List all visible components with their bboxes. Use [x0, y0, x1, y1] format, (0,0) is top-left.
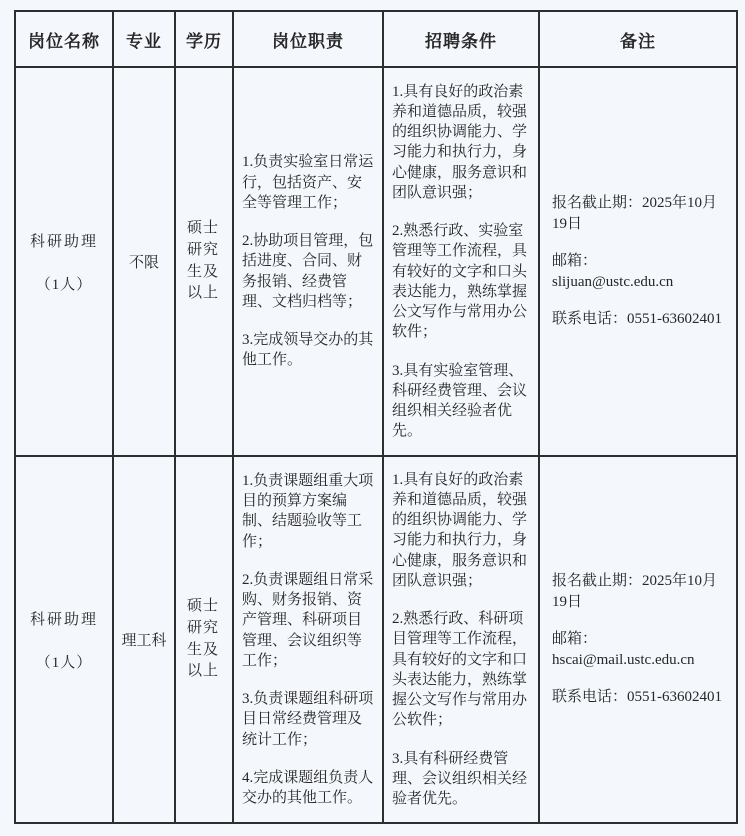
duty-item: 3.负责课题组科研项目日常经费管理及统计工作；: [242, 689, 374, 750]
email-block: 邮箱： slijuan@ustc.edu.cn: [552, 251, 724, 293]
email-address: slijuan@ustc.edu.cn: [552, 272, 724, 293]
duty-item: 4.完成课题组负责人交办的其他工作。: [242, 768, 374, 809]
requirement-item: 2.熟悉行政、实验室管理等工作流程，具有较好的文字和口头表达能力，熟练掌握公文写…: [392, 221, 530, 343]
email-address: hscai@mail.ustc.edu.cn: [552, 650, 724, 671]
duty-item: 3.完成领导交办的其他工作。: [242, 330, 374, 371]
header-cell-remarks: 备注: [539, 11, 737, 67]
cell-major-1: 不限: [113, 67, 175, 456]
recruitment-table: 岗位名称 专业 学历 岗位职责 招聘条件 备注 科研助理 （1人） 不限 硕士研…: [14, 10, 738, 824]
cell-education-2: 硕士研究生及以上: [175, 456, 233, 823]
cell-major-2: 理工科: [113, 456, 175, 823]
requirement-item: 1.具有良好的政治素养和道德品质，较强的组织协调能力、学习能力和执行力，身心健康…: [392, 82, 530, 204]
table-row-1: 科研助理 （1人） 不限 硕士研究生及以上 1.负责实验室日常运行，包括资产、安…: [15, 67, 737, 456]
cell-position-2: 科研助理 （1人）: [15, 456, 113, 823]
cell-requirements-1: 1.具有良好的政治素养和道德品质，较强的组织协调能力、学习能力和执行力，身心健康…: [383, 67, 539, 456]
email-label: 邮箱：: [552, 251, 724, 272]
phone-text: 联系电话：0551-63602401: [552, 309, 724, 330]
cell-duties-1: 1.负责实验室日常运行，包括资产、安全等管理工作； 2.协助项目管理，包括进度、…: [233, 67, 383, 456]
position-count: （1人）: [16, 651, 112, 672]
deadline-text: 报名截止期：2025年10月19日: [552, 571, 724, 613]
header-cell-position: 岗位名称: [15, 11, 113, 67]
cell-remarks-2: 报名截止期：2025年10月19日 邮箱： hscai@mail.ustc.ed…: [539, 456, 737, 823]
cell-position-1: 科研助理 （1人）: [15, 67, 113, 456]
header-row: 岗位名称 专业 学历 岗位职责 招聘条件 备注: [15, 11, 737, 67]
cell-remarks-1: 报名截止期：2025年10月19日 邮箱： slijuan@ustc.edu.c…: [539, 67, 737, 456]
header-cell-requirements: 招聘条件: [383, 11, 539, 67]
email-block: 邮箱： hscai@mail.ustc.edu.cn: [552, 629, 724, 671]
education-text: 硕士研究生及以上: [187, 596, 221, 683]
duty-item: 1.负责课题组重大项目的预算方案编制、结题验收等工作；: [242, 471, 374, 552]
requirement-item: 2.熟悉行政、科研项目管理等工作流程，具有较好的文字和口头表达能力，熟练掌握公文…: [392, 609, 530, 731]
duty-item: 1.负责实验室日常运行，包括资产、安全等管理工作；: [242, 152, 374, 213]
requirement-item: 3.具有实验室管理、科研经费管理、会议组织相关经验者优先。: [392, 361, 530, 442]
cell-duties-2: 1.负责课题组重大项目的预算方案编制、结题验收等工作； 2.负责课题组日常采购、…: [233, 456, 383, 823]
header-cell-major: 专业: [113, 11, 175, 67]
page-background: 岗位名称 专业 学历 岗位职责 招聘条件 备注 科研助理 （1人） 不限 硕士研…: [0, 0, 745, 836]
requirement-item: 1.具有良好的政治素养和道德品质，较强的组织协调能力、学习能力和执行力，身心健康…: [392, 470, 530, 592]
position-count: （1人）: [16, 273, 112, 294]
position-name: 科研助理: [16, 608, 112, 629]
cell-requirements-2: 1.具有良好的政治素养和道德品质，较强的组织协调能力、学习能力和执行力，身心健康…: [383, 456, 539, 823]
position-name: 科研助理: [16, 230, 112, 251]
phone-text: 联系电话：0551-63602401: [552, 687, 724, 708]
cell-education-1: 硕士研究生及以上: [175, 67, 233, 456]
header-cell-education: 学历: [175, 11, 233, 67]
requirement-item: 3.具有科研经费管理、会议组织相关经验者优先。: [392, 749, 530, 810]
email-label: 邮箱：: [552, 629, 724, 650]
table-row-2: 科研助理 （1人） 理工科 硕士研究生及以上 1.负责课题组重大项目的预算方案编…: [15, 456, 737, 823]
deadline-text: 报名截止期：2025年10月19日: [552, 193, 724, 235]
duty-item: 2.协助项目管理，包括进度、合同、财务报销、经费管理、文档归档等；: [242, 231, 374, 312]
duty-item: 2.负责课题组日常采购、财务报销、资产管理、科研项目管理、会议组织等工作；: [242, 570, 374, 671]
education-text: 硕士研究生及以上: [187, 218, 221, 305]
header-cell-duties: 岗位职责: [233, 11, 383, 67]
